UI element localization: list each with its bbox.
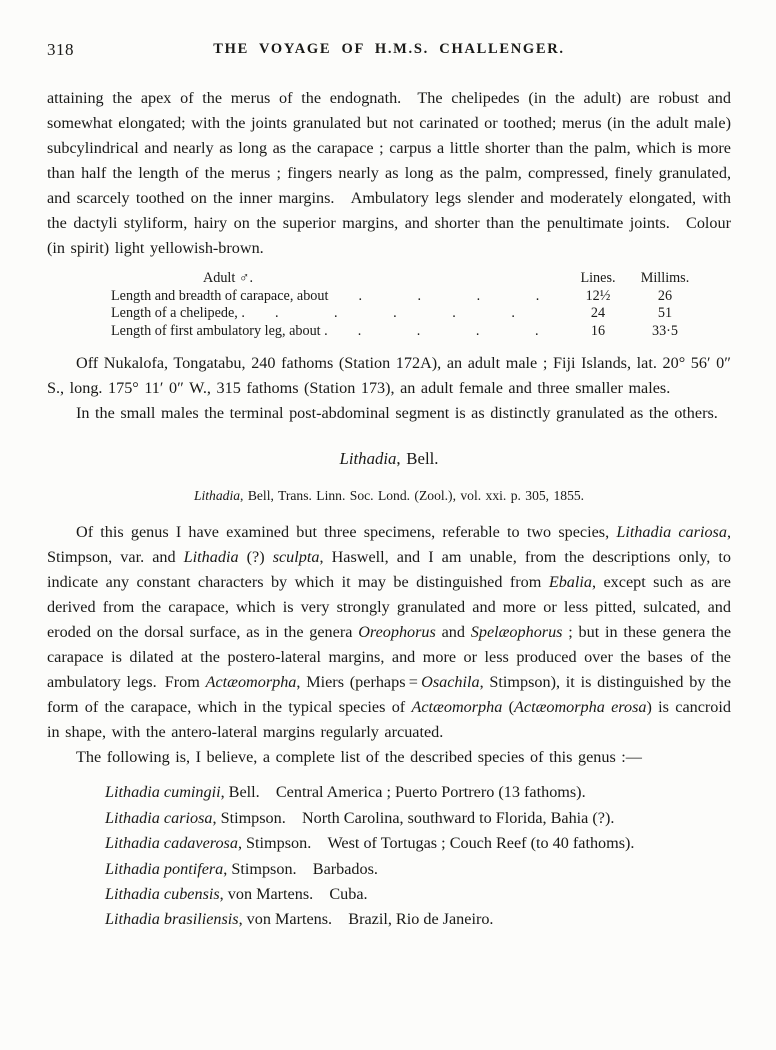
- species-item: Lithadia cubensis, von Martens. Cuba.: [105, 882, 731, 907]
- species-item: Lithadia pontifera, Stimpson. Barbados.: [105, 857, 731, 882]
- species-item: Lithadia cumingii, Bell. Central America…: [105, 780, 731, 805]
- row-label: Length of first ambulatory leg, about .: [111, 323, 328, 341]
- genus-heading: Lithadia, Bell.: [47, 446, 731, 471]
- dot-leader: . . . . .: [245, 305, 569, 323]
- paragraph-chelipedes: attaining the apex of the merus of the e…: [47, 86, 731, 261]
- paragraph-list-intro: The following is, I believe, a complete …: [47, 745, 731, 770]
- running-title: THE VOYAGE OF H.M.S. CHALLENGER.: [47, 41, 731, 58]
- lines-value: 16: [569, 323, 627, 341]
- species-item: Lithadia cariosa, Stimpson. North Caroli…: [105, 806, 731, 831]
- millims-value: 26: [627, 288, 703, 306]
- paragraph-small-males: In the small males the terminal post-abd…: [47, 401, 731, 426]
- row-label: Length of a chelipede, .: [111, 305, 245, 323]
- page-header: 318 THE VOYAGE OF H.M.S. CHALLENGER.: [47, 40, 731, 60]
- lines-value: 24: [569, 305, 627, 323]
- adult-male-label: Adult ♂.: [111, 270, 569, 288]
- species-list: Lithadia cumingii, Bell. Central America…: [105, 780, 731, 932]
- paragraph-genus-discussion: Of this genus I have examined but three …: [47, 520, 731, 745]
- species-item: Lithadia brasiliensis, von Martens. Braz…: [105, 907, 731, 932]
- genus-citation: Lithadia, Bell, Trans. Linn. Soc. Lond. …: [47, 483, 731, 508]
- table-row: Length of first ambulatory leg, about . …: [111, 323, 703, 341]
- dot-leader: . . . .: [328, 288, 569, 306]
- measurements-table: Adult ♂. Lines. Millims. Length and brea…: [111, 270, 703, 340]
- row-label: Length and breadth of carapace, about: [111, 288, 328, 306]
- species-item: Lithadia cadaverosa, Stimpson. West of T…: [105, 831, 731, 856]
- book-page: 318 THE VOYAGE OF H.M.S. CHALLENGER. att…: [0, 0, 776, 1050]
- millims-column-header: Millims.: [627, 270, 703, 288]
- paragraph-stations: Off Nukalofa, Tongatabu, 240 fathoms (St…: [47, 351, 731, 401]
- lines-value: 12½: [569, 288, 627, 306]
- millims-value: 51: [627, 305, 703, 323]
- table-row: Length of a chelipede, . . . . . . 24 51: [111, 305, 703, 323]
- table-row: Length and breadth of carapace, about . …: [111, 288, 703, 306]
- lines-column-header: Lines.: [569, 270, 627, 288]
- millims-value: 33·5: [627, 323, 703, 341]
- dot-leader: . . . .: [328, 323, 569, 341]
- table-header-row: Adult ♂. Lines. Millims.: [111, 270, 703, 288]
